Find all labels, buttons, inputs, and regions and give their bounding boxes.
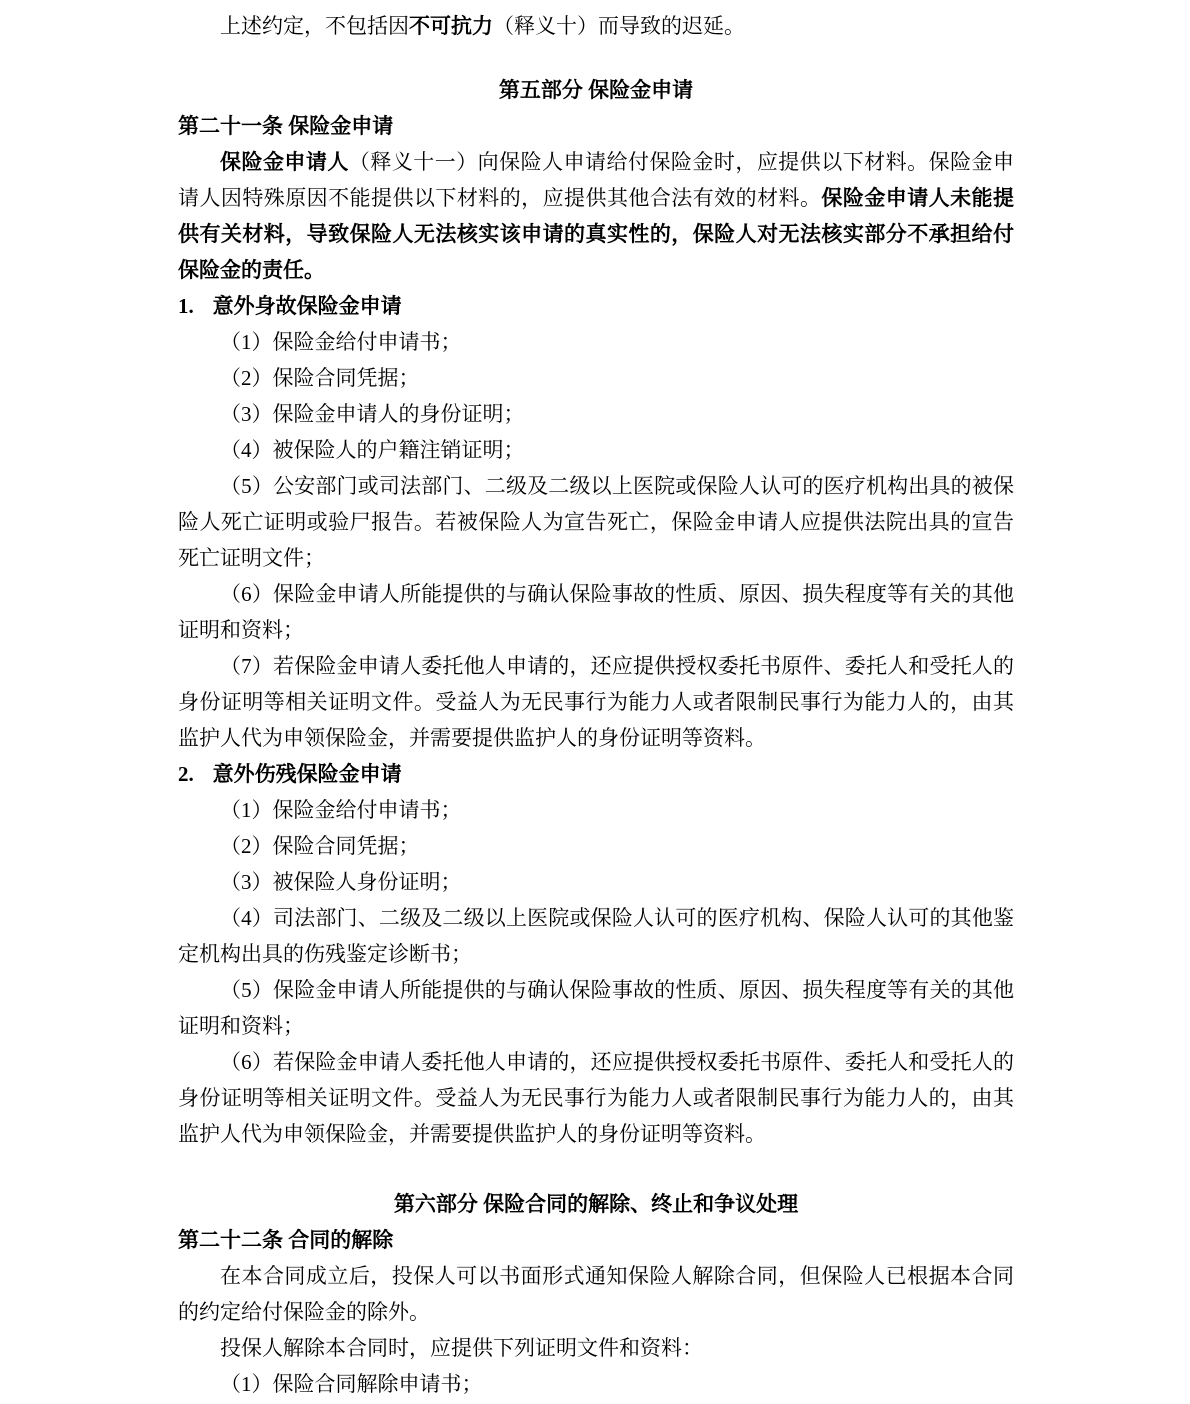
list-item: （7）若保险金申请人委托他人申请的，还应提供授权委托书原件、委托人和受托人的身份…	[178, 648, 1014, 756]
intro-bold-force-majeure: 不可抗力	[409, 14, 493, 38]
section2-title-label: 意外伤残保险金申请	[213, 762, 402, 786]
section1-title-label: 意外身故保险金申请	[213, 294, 402, 318]
part6-heading: 第六部分 保险合同的解除、终止和争议处理	[178, 1186, 1014, 1222]
section2-title: 2.意外伤残保险金申请	[178, 756, 1014, 792]
document-page: 上述约定，不包括因不可抗力（释义十）而导致的迟延。 第五部分 保险金申请 第二十…	[0, 0, 1190, 1404]
section1-title: 1.意外身故保险金申请	[178, 288, 1014, 324]
list-item: （3）保险金申请人的身份证明；	[178, 396, 1014, 432]
list-item: （4）司法部门、二级及二级以上医院或保险人认可的医疗机构、保险人认可的其他鉴定机…	[178, 900, 1014, 972]
article21-title: 第二十一条 保险金申请	[178, 108, 1014, 144]
list-item: （4）被保险人的户籍注销证明；	[178, 432, 1014, 468]
list-item: （2）保险合同凭据；	[178, 360, 1014, 396]
list-item: （6）保险金申请人所能提供的与确认保险事故的性质、原因、损失程度等有关的其他证明…	[178, 576, 1014, 648]
intro-text-pre: 上述约定，不包括因	[220, 14, 409, 38]
article22-paragraph: 在本合同成立后，投保人可以书面形式通知保险人解除合同，但保险人已根据本合同的约定…	[178, 1258, 1014, 1330]
intro-text-post: （释义十）而导致的迟延。	[493, 14, 745, 38]
list-item: （2）保险合同凭据；	[178, 828, 1014, 864]
list-item: （1）保险金给付申请书；	[178, 324, 1014, 360]
section2-number: 2.	[178, 756, 194, 792]
list-item: （5）保险金申请人所能提供的与确认保险事故的性质、原因、损失程度等有关的其他证明…	[178, 972, 1014, 1044]
article22-paragraph: （1）保险合同解除申请书；	[178, 1366, 1014, 1402]
article22-paragraph: 投保人解除本合同时，应提供下列证明文件和资料：	[178, 1330, 1014, 1366]
section1-number: 1.	[178, 288, 194, 324]
list-item: （5）公安部门或司法部门、二级及二级以上医院或保险人认可的医疗机构出具的被保险人…	[178, 468, 1014, 576]
article22-title: 第二十二条 合同的解除	[178, 1222, 1014, 1258]
list-item: （6）若保险金申请人委托他人申请的，还应提供授权委托书原件、委托人和受托人的身份…	[178, 1044, 1014, 1152]
opening-bold-lead: 保险金申请人	[220, 150, 349, 174]
article21-opening-paragraph: 保险金申请人（释义十一）向保险人申请给付保险金时，应提供以下材料。保险金申请人因…	[178, 144, 1014, 288]
list-item: （1）保险金给付申请书；	[178, 792, 1014, 828]
part5-heading: 第五部分 保险金申请	[178, 72, 1014, 108]
list-item: （3）被保险人身份证明；	[178, 864, 1014, 900]
intro-paragraph: 上述约定，不包括因不可抗力（释义十）而导致的迟延。	[178, 8, 1014, 44]
